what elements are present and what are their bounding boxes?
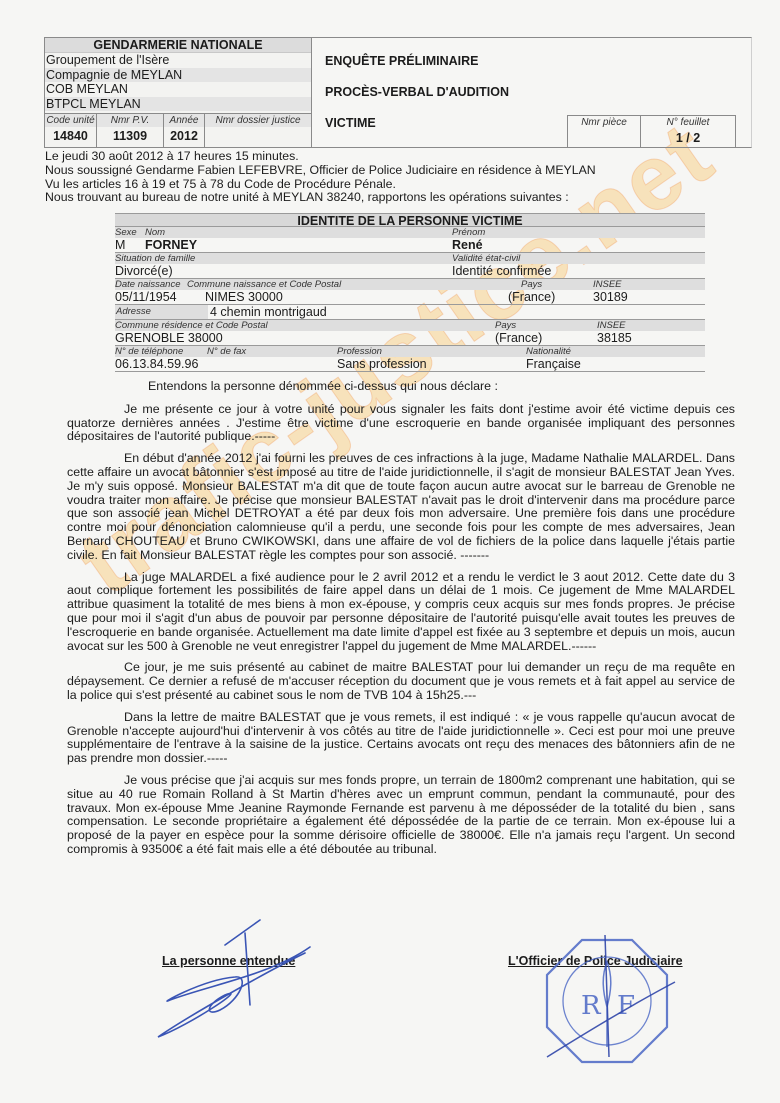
paragraph: Je vous précise que j'ai acquis sur mes …	[67, 774, 735, 857]
code-label: Nmr dossier justice	[205, 114, 311, 127]
nmr-pv-cell: Nmr P.V. 11309	[97, 114, 164, 147]
feuillet-label: N° feuillet	[641, 116, 735, 130]
paragraph: Ce jour, je me suis présenté au cabinet …	[67, 661, 735, 702]
value-commune-residence: GRENOBLE 38000	[115, 331, 223, 346]
label-pays: Pays	[521, 279, 542, 290]
code-unite-cell: Code unité 14840	[45, 114, 97, 147]
witness-signature-icon	[150, 915, 330, 1040]
piece-label: Nmr pièce	[568, 116, 640, 130]
value-situation: Divorcé(e)	[115, 264, 173, 279]
header-line: Compagnie de MEYLAN	[45, 68, 311, 83]
address-row: Adresse 4 chemin montrigaud	[115, 305, 705, 320]
label-commune-residence: Commune résidence et Code Postal	[115, 320, 268, 331]
label-row: N° de téléphone N° de fax Profession Nat…	[115, 346, 705, 357]
label-row: Situation de famille Validité état-civil	[115, 253, 705, 264]
signature-label-officer: L'Officier de Police Judiciaire	[508, 954, 683, 968]
label-fax: N° de fax	[207, 346, 246, 357]
title-victime: VICTIME	[325, 116, 376, 130]
value-nom: FORNEY	[145, 238, 197, 253]
label-sexe: Sexe	[115, 227, 137, 238]
code-label: Année	[164, 114, 204, 127]
declaration-body: Entendons la personne dénommée ci-dessus…	[67, 380, 735, 865]
identity-heading: IDENTITE DE LA PERSONNE VICTIME	[115, 213, 705, 227]
proces-verbal-page: trafic-justice.net GENDARMERIE NATIONALE…	[0, 0, 780, 1103]
value-insee-residence: 38185	[597, 331, 632, 346]
value-insee-naissance: 30189	[593, 290, 628, 305]
label-telephone: N° de téléphone	[115, 346, 183, 357]
identity-table: IDENTITE DE LA PERSONNE VICTIME Sexe Nom…	[115, 213, 705, 372]
value-commune-naissance: NIMES 30000	[205, 290, 283, 305]
svg-text:R: R	[581, 991, 602, 1021]
svg-text:F: F	[617, 991, 635, 1021]
value-row: GRENOBLE 38000 (France) 38185	[115, 331, 705, 346]
label-row: Date naissance Commune naissance et Code…	[115, 279, 705, 290]
piece-feuillet-box: Nmr pièce N° feuillet 1 / 2	[567, 115, 736, 148]
value-pays-residence: (France)	[495, 331, 542, 346]
value-validite: Identité confirmée	[452, 264, 551, 279]
value-nationalite: Française	[526, 357, 581, 372]
label-row: Sexe Nom Prénom	[115, 227, 705, 238]
declaration-intro: Entendons la personne dénommée ci-dessus…	[67, 380, 735, 394]
label-insee: INSEE	[593, 279, 622, 290]
label-nationalite: Nationalité	[526, 346, 571, 357]
paragraph: Je me présente ce jour à votre unité pou…	[67, 403, 735, 444]
intro-line: Nous soussigné Gendarme Fabien LEFEBVRE,…	[45, 164, 596, 178]
code-label: Code unité	[45, 114, 96, 127]
label-insee: INSEE	[597, 320, 626, 331]
value-row: M FORNEY René	[115, 238, 705, 253]
value-row: Divorcé(e) Identité confirmée	[115, 264, 705, 279]
code-value: 2012	[164, 127, 204, 145]
feuillet-cell: N° feuillet 1 / 2	[641, 116, 735, 147]
signature-label-witness: La personne entendue	[162, 954, 295, 968]
official-stamp-icon: R F	[537, 932, 677, 1072]
label-commune-naissance: Commune naissance et Code Postal	[187, 279, 341, 290]
value-date-naissance: 05/11/1954	[115, 290, 177, 305]
value-profession: Sans profession	[337, 357, 427, 372]
intro-line: Le jeudi 30 août 2012 à 17 heures 15 min…	[45, 150, 596, 164]
intro-line: Nous trouvant au bureau de notre unité à…	[45, 191, 596, 205]
label-pays: Pays	[495, 320, 516, 331]
value-telephone: 06.13.84.59.96	[115, 357, 198, 372]
label-validite: Validité état-civil	[452, 253, 520, 264]
organization-name: GENDARMERIE NATIONALE	[45, 38, 311, 53]
code-value: 14840	[45, 127, 96, 145]
intro-line: Vu les articles 16 à 19 et 75 à 78 du Co…	[45, 178, 596, 192]
label-profession: Profession	[337, 346, 382, 357]
value-pays-naissance: (France)	[508, 290, 555, 305]
dossier-justice-cell: Nmr dossier justice	[205, 114, 311, 147]
label-nom: Nom	[145, 227, 165, 238]
nmr-piece-cell: Nmr pièce	[568, 116, 641, 147]
header-line: BTPCL MEYLAN	[45, 97, 311, 112]
label-row: Commune résidence et Code Postal Pays IN…	[115, 320, 705, 331]
label-date-naissance: Date naissance	[115, 279, 180, 290]
paragraph: La juge MALARDEL a fixé audience pour le…	[67, 571, 735, 654]
paragraph: En début d'année 2012 j'ai fourni les pr…	[67, 452, 735, 562]
value-row: 06.13.84.59.96 Sans profession Française	[115, 357, 705, 372]
label-prenom: Prénom	[452, 227, 485, 238]
value-sexe: M	[115, 238, 125, 253]
annee-cell: Année 2012	[164, 114, 205, 147]
value-row: 05/11/1954 NIMES 30000 (France) 30189	[115, 290, 705, 305]
feuillet-value: 1 / 2	[641, 130, 735, 146]
unit-header-box: GENDARMERIE NATIONALE Groupement de l'Is…	[44, 37, 312, 148]
value-adresse: 4 chemin montrigaud	[210, 305, 327, 320]
label-situation: Situation de famille	[115, 253, 195, 264]
label-adresse: Adresse	[115, 305, 208, 319]
value-prenom: René	[452, 238, 483, 253]
code-value: 11309	[97, 127, 163, 145]
header-line: Groupement de l'Isère	[45, 53, 311, 68]
title-enquete: ENQUÊTE PRÉLIMINAIRE	[325, 54, 479, 68]
intro-block: Le jeudi 30 août 2012 à 17 heures 15 min…	[45, 150, 596, 205]
title-proces-verbal: PROCÈS-VERBAL D'AUDITION	[325, 85, 509, 99]
paragraph: Dans la lettre de maitre BALESTAT que je…	[67, 711, 735, 766]
code-label: Nmr P.V.	[97, 114, 163, 127]
header-line: COB MEYLAN	[45, 82, 311, 97]
codes-row: Code unité 14840 Nmr P.V. 11309 Année 20…	[45, 113, 311, 147]
